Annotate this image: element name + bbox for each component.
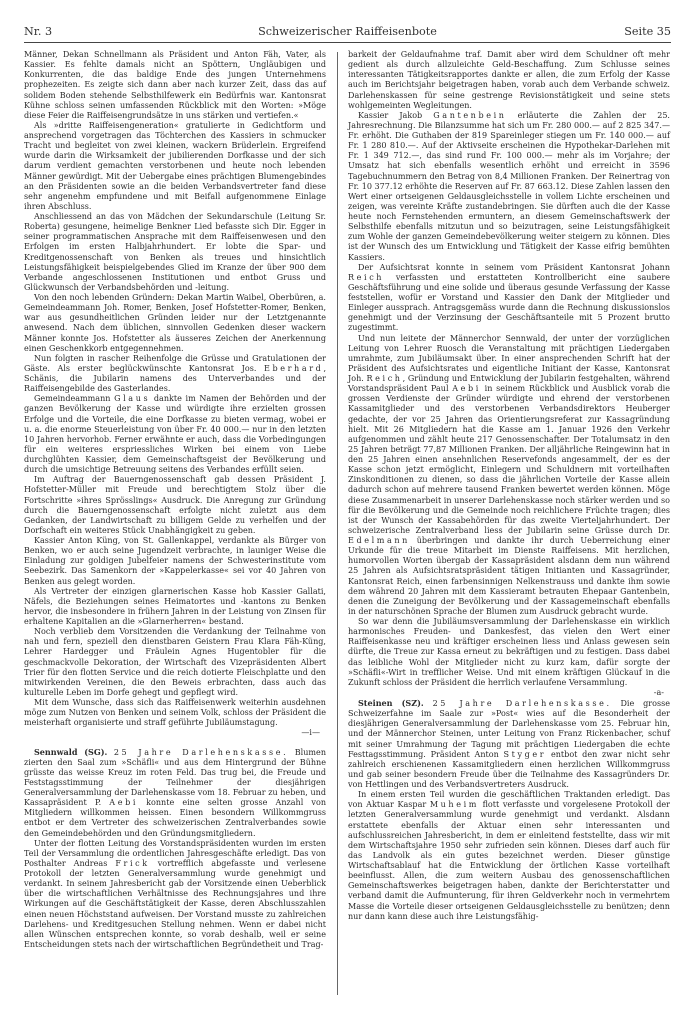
article-steinen-lead: Steinen (SZ). 25 Jahre Darlehenskasse. D… [348, 698, 670, 790]
paragraph: Der Aufsichtsrat konnte in seinem vom Pr… [348, 263, 670, 334]
text: erläuterte die Zahlen der 25. Jahresrech… [348, 111, 670, 262]
dateline: Sennwald (SG). [34, 747, 107, 757]
spaced-name: Gantenbein [433, 111, 506, 120]
article-sennwald-lead: Sennwald (SG). 25 Jahre Darlehenskasse. … [24, 747, 326, 839]
paragraph: Im Auftrag der Bauerngenossenschaft gab … [24, 475, 326, 536]
spaced-name: Styger [504, 750, 547, 759]
paragraph: Noch verblieb dem Vorsitzenden die Verda… [24, 627, 326, 698]
paragraph: Mit dem Wunsche, dass sich das Raiffeise… [24, 698, 326, 728]
author-signature: —i— [24, 728, 326, 738]
paragraph: Anschliessend an das von Mädchen der Sek… [24, 212, 326, 293]
paragraph: In einem ersten Teil wurden die geschäft… [348, 790, 670, 922]
spaced-name: Frick [115, 859, 149, 868]
header-rule [24, 42, 671, 43]
author-signature: -a- [348, 688, 670, 698]
paragraph: Und nun leitete der Männerchor Sennwald,… [348, 334, 670, 618]
dateline: Steinen (SZ). [358, 698, 424, 708]
page-number: Seite 35 [624, 25, 671, 38]
paragraph: Männer, Dekan Schnellmann als Präsident … [24, 50, 326, 121]
text: flott verfasste und vorgelesene Protokol… [348, 800, 670, 920]
spaced-name: Reich [367, 374, 403, 383]
spaced-name: Reich [348, 273, 384, 282]
page-header: Nr. 3 Schweizerischer Raiffeisenbote Sei… [24, 25, 671, 39]
text: Der Aufsichtsrat konnte in seinem vom Pr… [358, 263, 670, 272]
publication-title: Schweizerischer Raiffeisenbote [24, 25, 671, 38]
paragraph: Von den noch lebenden Gründern: Dekan Ma… [24, 293, 326, 354]
spaced-name: Glaus [114, 394, 150, 403]
paragraph: barkeit der Geldaufnahme traf. Damit abe… [348, 50, 670, 111]
spaced-name: Eberhard [264, 364, 323, 373]
text: dankte im Namen der Behörden und der gan… [24, 394, 326, 474]
spaced-name: Aebi [109, 798, 138, 807]
paragraph: Gemeindeammann Glaus dankte im Namen der… [24, 394, 326, 475]
spaced-name: Edelmann [348, 536, 410, 545]
right-column: barkeit der Geldaufnahme traf. Damit abe… [348, 50, 670, 922]
paragraph: Nun folgten in rascher Reihenfolge die G… [24, 354, 326, 395]
text: Kassier Jakob [358, 111, 433, 120]
article-title: 25 Jahre Darlehenskasse. [114, 748, 288, 757]
paragraph: Kassier Jakob Gantenbein erläuterte die … [348, 111, 670, 263]
text: in seinem Rückblick und Ausblick vorab d… [348, 384, 670, 535]
paragraph: Kassier Anton Küng, von St. Gallenkappel… [24, 536, 326, 587]
spaced-name: Aebi [452, 384, 481, 393]
text: verfassten und erstatteten Kontrollberic… [348, 273, 670, 333]
paragraph: Unter der flotten Leitung des Vorstandsp… [24, 839, 326, 950]
newspaper-page: Nr. 3 Schweizerischer Raiffeisenbote Sei… [0, 0, 695, 1024]
paragraph: Als »dritte Raiffeisengeneration« gratul… [24, 121, 326, 212]
spaced-name: Muheim [430, 800, 479, 809]
article-title: 25 Jahre Darlehenskasse. [433, 699, 612, 708]
text: überbringen und dankte ihr durch Ueberre… [348, 536, 670, 616]
column-divider [337, 52, 338, 995]
text: Gemeindeammann [34, 394, 114, 403]
paragraph: So war denn die Jubiläumsversammlung der… [348, 617, 670, 688]
section-gap [24, 739, 326, 747]
paragraph: Als Vertreter der einzigen glarnerischen… [24, 587, 326, 628]
text: vortrefflich abgefasste und verlesene Pr… [24, 859, 326, 949]
left-column: Männer, Dekan Schnellmann als Präsident … [24, 50, 326, 950]
